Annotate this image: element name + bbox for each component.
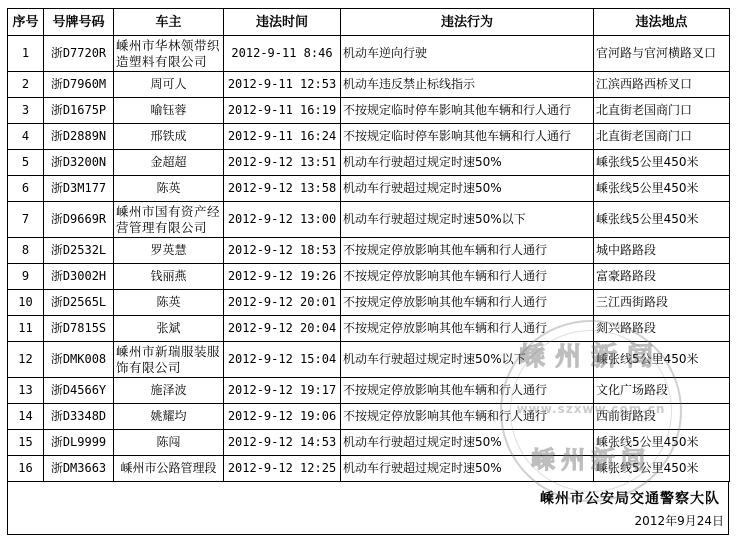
cell-time: 2012-9-11 16:19	[224, 98, 341, 124]
cell-action: 机动车违反禁止标线指示	[341, 72, 594, 98]
table-row: 4 浙D2889N 邢铁成 2012-9-11 16:24 不按规定临时停车影响…	[8, 124, 730, 150]
cell-time: 2012-9-12 20:01	[224, 290, 341, 316]
cell-location: 城中路路段	[594, 238, 730, 264]
cell-time: 2012-9-12 19:26	[224, 264, 341, 290]
cell-location: 三江西街路段	[594, 290, 730, 316]
cell-time: 2012-9-12 19:06	[224, 404, 341, 430]
header-action: 违法行为	[341, 9, 594, 36]
cell-location: 嵊张线5公里450米	[594, 430, 730, 456]
table-row: 1 浙D7720R 嵊州市华林领带织造塑料有限公司 2012-9-11 8:46…	[8, 36, 730, 72]
cell-owner: 邢铁成	[114, 124, 224, 150]
cell-plate: 浙D7960M	[44, 72, 114, 98]
cell-owner: 嵊州市公路管理段	[114, 456, 224, 482]
cell-plate: 浙D3200N	[44, 150, 114, 176]
cell-no: 10	[8, 290, 44, 316]
cell-action: 不按规定停放影响其他车辆和行人通行	[341, 316, 594, 342]
table-row: 2 浙D7960M 周可人 2012-9-11 12:53 机动车违反禁止标线指…	[8, 72, 730, 98]
cell-action: 不按规定临时停车影响其他车辆和行人通行	[341, 98, 594, 124]
cell-no: 1	[8, 36, 44, 72]
cell-time: 2012-9-12 18:53	[224, 238, 341, 264]
table-row: 9 浙D3002H 钱丽燕 2012-9-12 19:26 不按规定停放影响其他…	[8, 264, 730, 290]
cell-action: 不按规定停放影响其他车辆和行人通行	[341, 264, 594, 290]
cell-no: 4	[8, 124, 44, 150]
header-time: 违法时间	[224, 9, 341, 36]
cell-owner: 钱丽燕	[114, 264, 224, 290]
issue-date: 2012年9月24日	[635, 512, 724, 529]
table-row: 6 浙D3M177 陈英 2012-9-12 13:58 机动车行驶超过规定时速…	[8, 176, 730, 202]
table-row: 8 浙D2532L 罗英慧 2012-9-12 18:53 不按规定停放影响其他…	[8, 238, 730, 264]
header-no: 序号	[8, 9, 44, 36]
table-row: 13 浙D4566Y 施泽波 2012-9-12 19:17 不按规定停放影响其…	[8, 378, 730, 404]
cell-no: 3	[8, 98, 44, 124]
cell-time: 2012-9-12 12:25	[224, 456, 341, 482]
cell-owner: 嵊州市新瑞服装服饰有限公司	[114, 342, 224, 378]
cell-action: 机动车行驶超过规定时速50%	[341, 456, 594, 482]
cell-action: 机动车行驶超过规定时速50%以下	[341, 202, 594, 238]
cell-no: 15	[8, 430, 44, 456]
cell-time: 2012-9-12 13:00	[224, 202, 341, 238]
cell-plate: 浙D2565L	[44, 290, 114, 316]
cell-location: 嵊张线5公里450米	[594, 202, 730, 238]
cell-location: 富豪路路段	[594, 264, 730, 290]
cell-plate: 浙D3002H	[44, 264, 114, 290]
cell-owner: 陈英	[114, 176, 224, 202]
cell-action: 不按规定停放影响其他车辆和行人通行	[341, 238, 594, 264]
table-row: 12 浙DMK008 嵊州市新瑞服装服饰有限公司 2012-9-12 15:04…	[8, 342, 730, 378]
cell-no: 11	[8, 316, 44, 342]
cell-time: 2012-9-11 8:46	[224, 36, 341, 72]
cell-action: 机动车行驶超过规定时速50%	[341, 150, 594, 176]
cell-action: 机动车行驶超过规定时速50%	[341, 430, 594, 456]
table-row: 14 浙D3348D 姚耀均 2012-9-12 19:06 不按规定停放影响其…	[8, 404, 730, 430]
cell-plate: 浙D7815S	[44, 316, 114, 342]
cell-plate: 浙D2532L	[44, 238, 114, 264]
cell-time: 2012-9-11 16:24	[224, 124, 341, 150]
cell-action: 不按规定停放影响其他车辆和行人通行	[341, 378, 594, 404]
cell-action: 不按规定停放影响其他车辆和行人通行	[341, 290, 594, 316]
cell-plate: 浙D3M177	[44, 176, 114, 202]
cell-location: 嵊张线5公里450米	[594, 456, 730, 482]
cell-no: 6	[8, 176, 44, 202]
cell-owner: 周可人	[114, 72, 224, 98]
cell-no: 9	[8, 264, 44, 290]
cell-no: 12	[8, 342, 44, 378]
violations-table: 序号 号牌号码 车主 违法时间 违法行为 违法地点 1 浙D7720R 嵊州市华…	[7, 8, 730, 482]
cell-no: 5	[8, 150, 44, 176]
cell-plate: 浙DM3663	[44, 456, 114, 482]
cell-no: 2	[8, 72, 44, 98]
cell-owner: 姚耀均	[114, 404, 224, 430]
cell-location: 北直街老国商门口	[594, 98, 730, 124]
cell-no: 14	[8, 404, 44, 430]
cell-location: 江滨西路西桥叉口	[594, 72, 730, 98]
cell-location: 剡兴路路段	[594, 316, 730, 342]
table-row: 16 浙DM3663 嵊州市公路管理段 2012-9-12 12:25 机动车行…	[8, 456, 730, 482]
cell-owner: 金超超	[114, 150, 224, 176]
cell-no: 8	[8, 238, 44, 264]
cell-plate: 浙D7720R	[44, 36, 114, 72]
cell-location: 嵊张线5公里450米	[594, 342, 730, 378]
header-plate: 号牌号码	[44, 9, 114, 36]
cell-plate: 浙D4566Y	[44, 378, 114, 404]
cell-time: 2012-9-12 13:58	[224, 176, 341, 202]
cell-no: 7	[8, 202, 44, 238]
cell-time: 2012-9-12 19:17	[224, 378, 341, 404]
cell-location: 文化广场路段	[594, 378, 730, 404]
table-row: 7 浙D9669R 嵊州市国有资产经营管理有限公司 2012-9-12 13:0…	[8, 202, 730, 238]
cell-owner: 陈闯	[114, 430, 224, 456]
cell-action: 不按规定临时停车影响其他车辆和行人通行	[341, 124, 594, 150]
cell-owner: 喻钰蓉	[114, 98, 224, 124]
violation-notice: 序号 号牌号码 车主 违法时间 违法行为 违法地点 1 浙D7720R 嵊州市华…	[7, 8, 729, 535]
table-row: 15 浙DL9999 陈闯 2012-9-12 14:53 机动车行驶超过规定时…	[8, 430, 730, 456]
header-owner: 车主	[114, 9, 224, 36]
cell-action: 机动车逆向行驶	[341, 36, 594, 72]
cell-action: 机动车行驶超过规定时速50%	[341, 176, 594, 202]
table-row: 3 浙D1675P 喻钰蓉 2012-9-11 16:19 不按规定临时停车影响…	[8, 98, 730, 124]
table-row: 5 浙D3200N 金超超 2012-9-12 13:51 机动车行驶超过规定时…	[8, 150, 730, 176]
table-row: 11 浙D7815S 张斌 2012-9-12 20:04 不按规定停放影响其他…	[8, 316, 730, 342]
cell-time: 2012-9-12 13:51	[224, 150, 341, 176]
cell-plate: 浙D9669R	[44, 202, 114, 238]
cell-location: 北直街老国商门口	[594, 124, 730, 150]
cell-plate: 浙D3348D	[44, 404, 114, 430]
cell-owner: 罗英慧	[114, 238, 224, 264]
cell-plate: 浙DMK008	[44, 342, 114, 378]
cell-owner: 陈英	[114, 290, 224, 316]
cell-plate: 浙DL9999	[44, 430, 114, 456]
cell-time: 2012-9-12 20:04	[224, 316, 341, 342]
table-row: 10 浙D2565L 陈英 2012-9-12 20:01 不按规定停放影响其他…	[8, 290, 730, 316]
cell-no: 13	[8, 378, 44, 404]
issuing-organization: 嵊州市公安局交通警察大队	[540, 488, 720, 508]
cell-action: 机动车行驶超过规定时速50%以下	[341, 342, 594, 378]
cell-owner: 嵊州市国有资产经营管理有限公司	[114, 202, 224, 238]
cell-no: 16	[8, 456, 44, 482]
cell-time: 2012-9-11 12:53	[224, 72, 341, 98]
cell-action: 不按规定停放影响其他车辆和行人通行	[341, 404, 594, 430]
header-location: 违法地点	[594, 9, 730, 36]
cell-owner: 施泽波	[114, 378, 224, 404]
cell-location: 官河路与官河横路叉口	[594, 36, 730, 72]
cell-time: 2012-9-12 14:53	[224, 430, 341, 456]
cell-time: 2012-9-12 15:04	[224, 342, 341, 378]
cell-location: 嵊张线5公里450米	[594, 150, 730, 176]
cell-plate: 浙D1675P	[44, 98, 114, 124]
notice-footer: 嵊州市公安局交通警察大队 2012年9月24日	[7, 482, 729, 535]
table-header-row: 序号 号牌号码 车主 违法时间 违法行为 违法地点	[8, 9, 730, 36]
cell-owner: 张斌	[114, 316, 224, 342]
cell-owner: 嵊州市华林领带织造塑料有限公司	[114, 36, 224, 72]
cell-plate: 浙D2889N	[44, 124, 114, 150]
cell-location: 西前街路段	[594, 404, 730, 430]
cell-location: 嵊张线5公里450米	[594, 176, 730, 202]
